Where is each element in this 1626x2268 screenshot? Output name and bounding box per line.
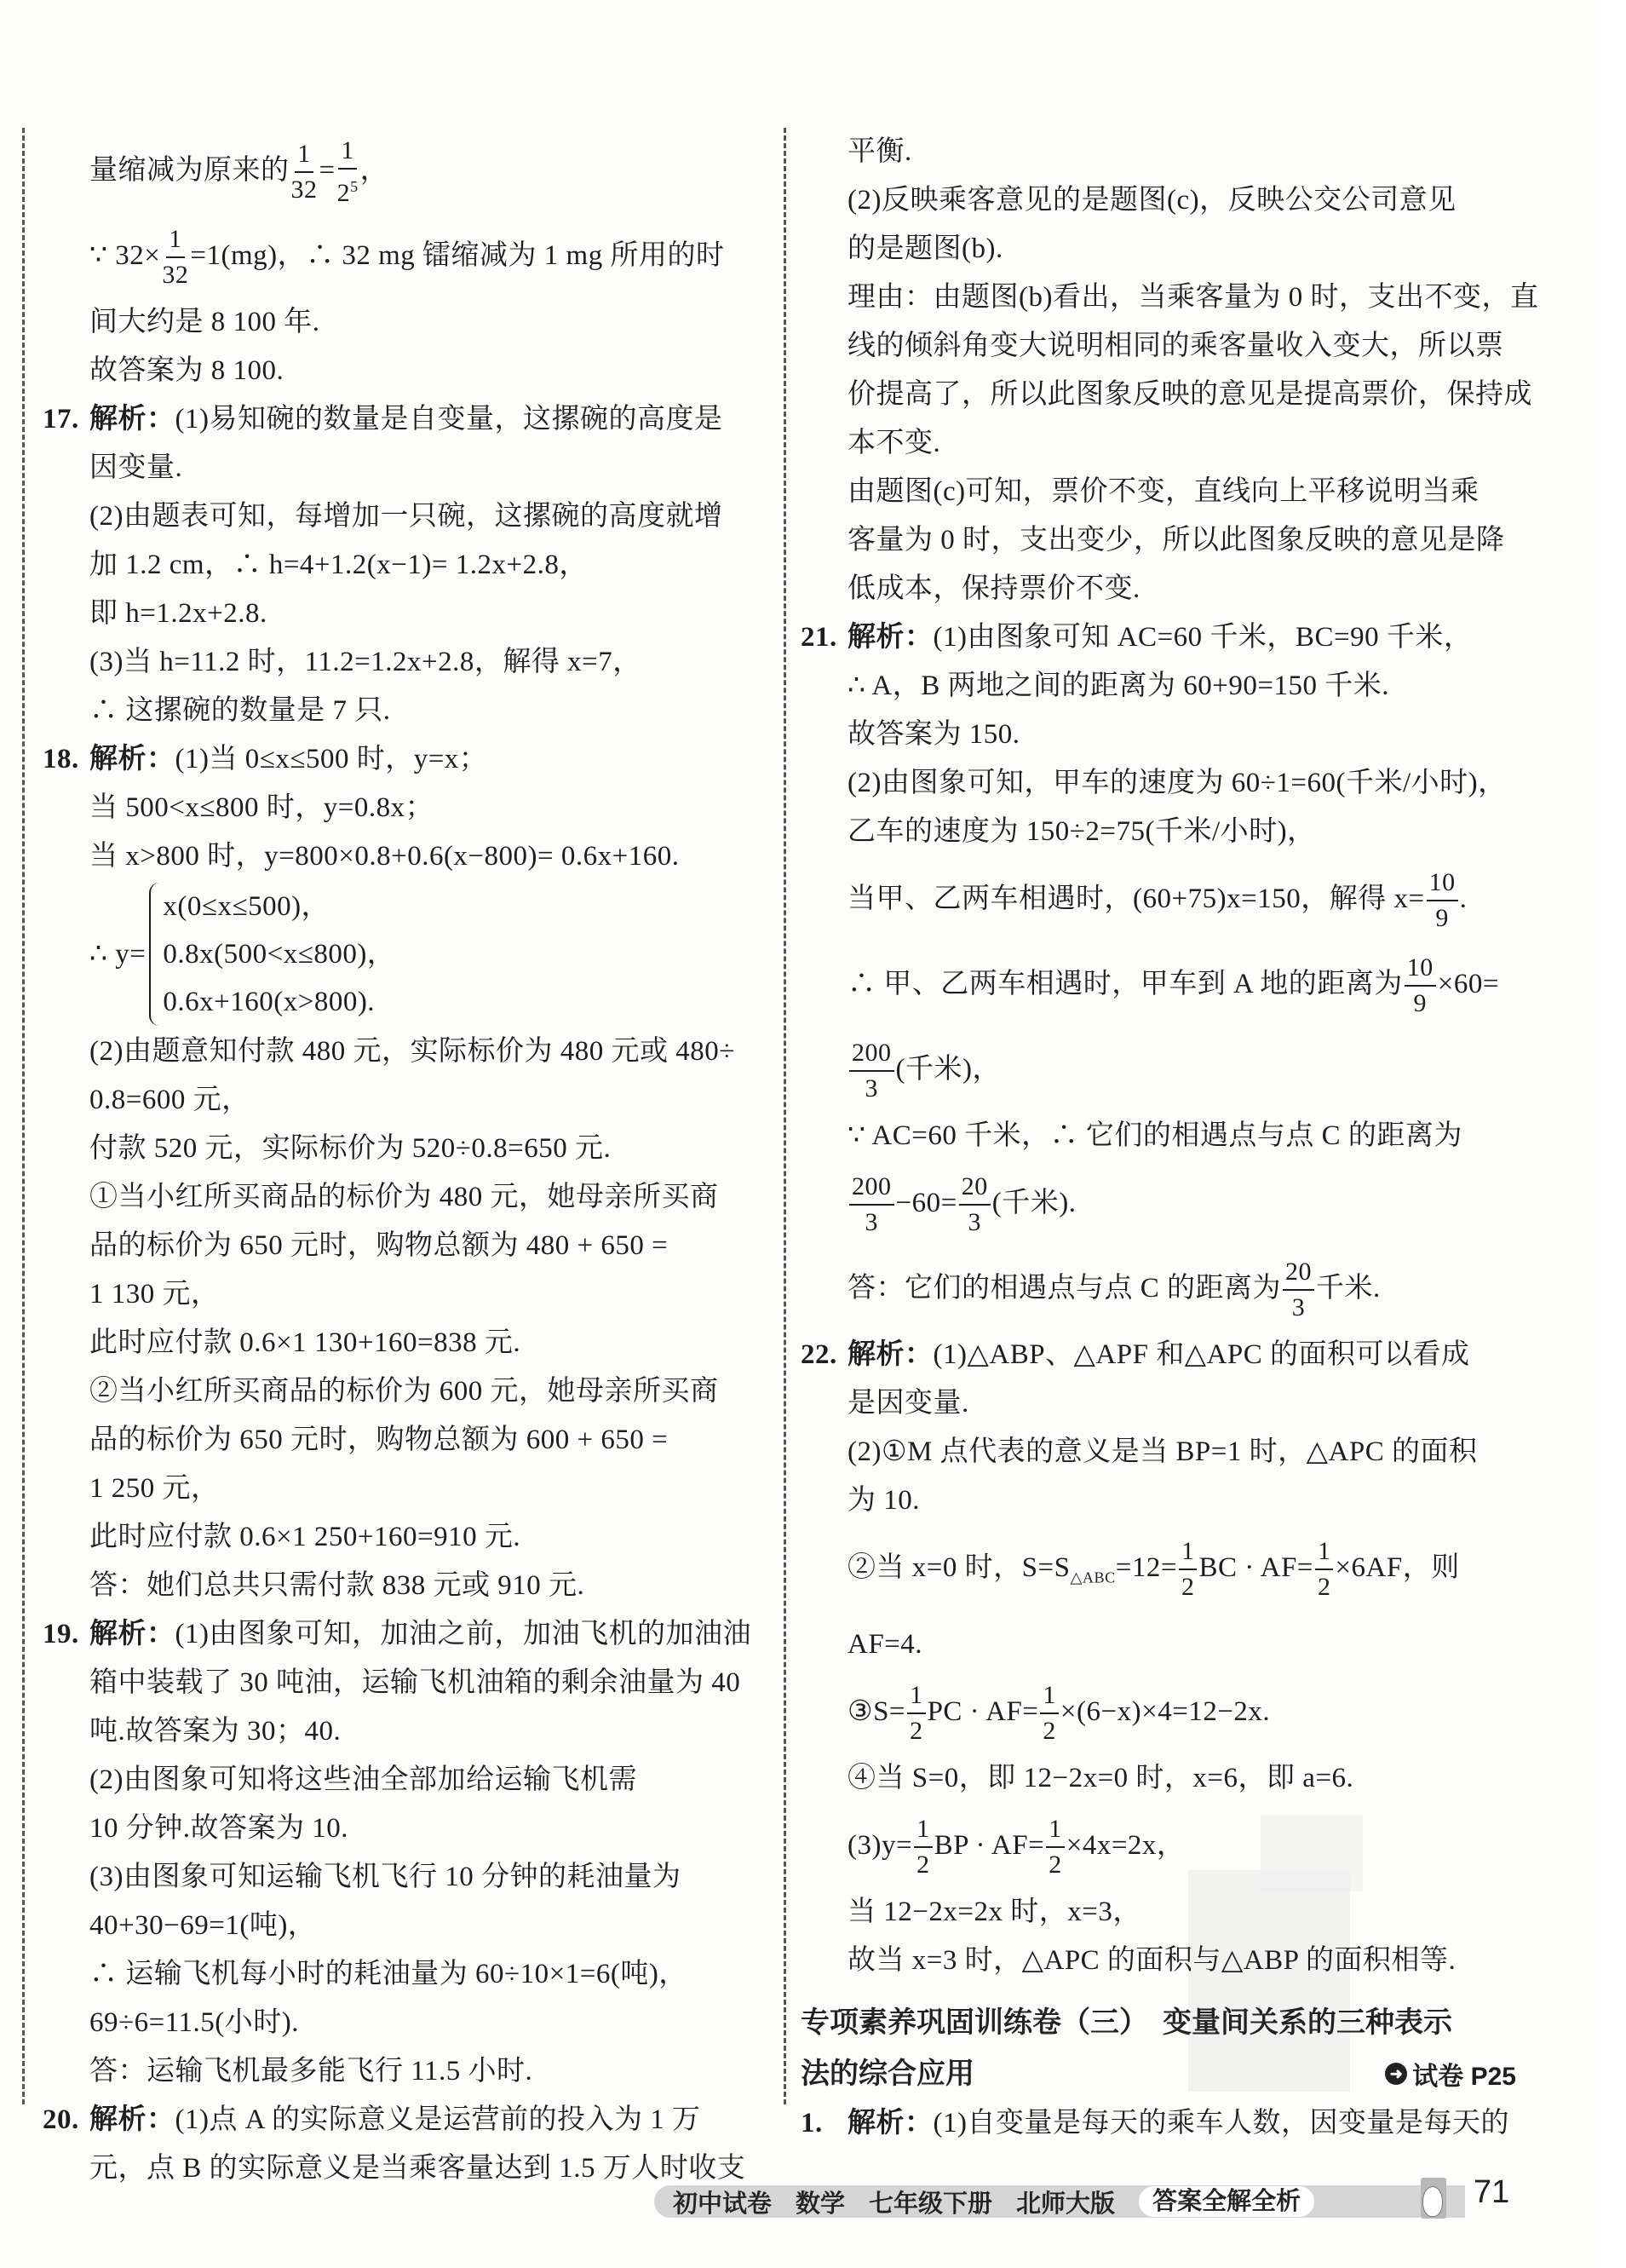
text-line: 加 1.2 cm，∴ h=4+1.2(x−1)= 1.2x+2.8， <box>43 541 758 590</box>
piecewise-brace: x(0≤x≤500)， 0.8x(500<x≤800)， 0.6x+160(x>… <box>146 883 395 1026</box>
text: ×(6−x)×4=12−2x. <box>1060 1696 1270 1727</box>
fraction: 2003 <box>849 1170 894 1240</box>
text: ×60= <box>1438 969 1499 999</box>
text: ∴ 甲、乙两车相遇时，甲车到 A 地的距离为 <box>847 969 1403 999</box>
question-number: 19. <box>43 1610 89 1659</box>
text-line: 品的标价为 650 元时，购物总额为 480 + 650 = <box>43 1222 758 1270</box>
right-column: 平衡. (2)反映乘客意见的是题图(c)，反映公交公司意见 的是题图(b). 理… <box>801 128 1516 2148</box>
text-line: 当 500<x≤800 时，y=0.8x； <box>43 784 758 832</box>
text-line: 故当 x=3 时，△APC 的面积与△ABP 的面积相等. <box>801 1937 1516 1985</box>
question-17: 17.解析：(1)易知碗的数量是自变量，这摞碗的高度是 因变量. (2)由题表可… <box>43 395 758 735</box>
fraction: 203 <box>1283 1255 1314 1325</box>
text-line: 箱中装载了 30 吨油，运输飞机油箱的剩余油量为 40 <box>43 1659 758 1707</box>
brace-icon <box>149 883 163 1026</box>
question-22: 22.解析：(1)△ABP、△APF 和△APC 的面积可以看成 是因变量. (… <box>801 1331 1516 1985</box>
text: . <box>1460 884 1468 914</box>
text-line: (3)y=12BP · AF=12×4x=2x， <box>801 1803 1516 1888</box>
analysis-label: 解析： <box>847 622 934 653</box>
question-21: 21.解析：(1)由图象可知 AC=60 千米，BC=90 千米， ∴ A，B … <box>801 613 1516 1331</box>
fraction: 132 <box>291 137 318 207</box>
text-line: (2)反映乘客意见的是题图(c)，反映公交公司意见 <box>801 176 1516 225</box>
denominator: 9 <box>1414 987 1428 1021</box>
text-line: 答：它们的相遇点与点 C 的距离为203千米. <box>801 1246 1516 1331</box>
text-line: 10 分钟.故答案为 10. <box>43 1805 758 1853</box>
text-line: ③S=12PC · AF=12×(6−x)×4=12−2x. <box>801 1669 1516 1754</box>
text: ∵ 32× <box>89 240 160 271</box>
arrow-right-circle-icon: ➜ <box>1385 2063 1407 2085</box>
denominator: 2 <box>1043 1714 1056 1748</box>
numerator: 20 <box>959 1170 991 1206</box>
text-line: 1 250 元， <box>43 1465 758 1513</box>
text-line: 因变量. <box>43 444 758 492</box>
text-line: 元，点 B 的实际意义是当乘客量达到 1.5 万人时收支 <box>43 2144 758 2193</box>
text-line: 2003−60=203(千米). <box>801 1160 1516 1246</box>
text: 答：它们的相遇点与点 C 的距离为 <box>847 1273 1281 1304</box>
text-line: 当 12−2x=2x 时，x=3， <box>801 1888 1516 1937</box>
denominator: 3 <box>1292 1291 1306 1325</box>
analysis-label: 解析： <box>847 1339 934 1370</box>
text: BC · AF= <box>1198 1552 1313 1583</box>
numerator: 1 <box>907 1678 926 1714</box>
question-number: 21. <box>801 613 847 662</box>
text: (1)由图象可知 AC=60 千米，BC=90 千米， <box>934 622 1473 653</box>
numerator: 1 <box>166 222 185 258</box>
text: ②当 x=0 时，S=S <box>847 1552 1070 1583</box>
question-number: 18. <box>43 735 89 784</box>
numerator: 1 <box>1040 1678 1059 1714</box>
denominator: 25 <box>337 170 359 210</box>
page-number: 71 <box>1474 2174 1509 2211</box>
mascot-icon <box>1421 2178 1446 2219</box>
reference-text: 试卷 P25 <box>1412 2055 1516 2092</box>
text-line: AF=4. <box>801 1620 1516 1669</box>
text: ∴ y= <box>89 930 146 979</box>
binding-cut-line <box>22 128 25 2104</box>
text: (1)点 A 的实际意义是运营前的投入为 1 万 <box>175 2104 701 2135</box>
denominator: 32 <box>162 258 188 292</box>
text: ×6AF，则 <box>1335 1552 1459 1583</box>
section-heading: 专项素养巩固训练卷（三） 变量间关系的三种表示 法的综合应用 ➜ 试卷 P25 <box>801 1997 1516 2099</box>
text-line: ∴ 甲、乙两车相遇时，甲车到 A 地的距离为109×60= <box>801 941 1516 1027</box>
denominator: 32 <box>291 173 318 207</box>
text-line: 乙车的速度为 150÷2=75(千米/小时)， <box>801 808 1516 856</box>
text: PC · AF= <box>928 1696 1039 1727</box>
numerator: 20 <box>1283 1255 1314 1291</box>
question-19: 19.解析：(1)由图象可知，加油之前，加油飞机的加油油 箱中装载了 30 吨油… <box>43 1610 758 2096</box>
text: 当甲、乙两车相遇时，(60+75)x=150，解得 x= <box>847 884 1425 914</box>
numerator: 1 <box>1046 1812 1065 1848</box>
section-question-1: 1.解析：(1)自变量是每天的乘车人数，因变量是每天的 <box>801 2099 1516 2148</box>
left-column: 量缩减为原来的132=125， ∵ 32×132=1(mg)，∴ 32 mg 镭… <box>43 128 758 2193</box>
fraction: 12 <box>914 1812 933 1882</box>
denominator: 2 <box>1049 1848 1062 1882</box>
text: ③S= <box>847 1696 905 1727</box>
fraction: 203 <box>959 1170 991 1240</box>
text-line: 低成本，保持票价不变. <box>801 565 1516 613</box>
numerator: 1 <box>295 137 313 173</box>
text-line: ∴ 这摞碗的数量是 7 只. <box>43 687 758 735</box>
analysis-label: 解析： <box>89 404 175 435</box>
text: −60= <box>896 1188 957 1218</box>
numerator: 10 <box>1405 951 1436 987</box>
fraction: 2003 <box>849 1036 894 1106</box>
text: ×4x=2x， <box>1066 1830 1186 1861</box>
denominator: 9 <box>1435 901 1449 935</box>
case: 0.6x+160(x>800). <box>163 978 395 1026</box>
text: BP · AF= <box>934 1830 1045 1861</box>
fraction: 12 <box>1040 1678 1059 1748</box>
text-line: 2003(千米)， <box>801 1027 1516 1112</box>
denominator: 2 <box>1181 1570 1195 1604</box>
column-divider <box>784 128 786 2104</box>
text-line: ∴ A，B 两地之间的距离为 60+90=150 千米. <box>801 662 1516 711</box>
text-line: 0.8=600 元， <box>43 1076 758 1125</box>
question-18: 18.解析：(1)当 0≤x≤500 时，y=x； 当 500<x≤800 时，… <box>43 735 758 1610</box>
text: (千米). <box>992 1188 1077 1218</box>
footer-badge: 答案全解全析 <box>1139 2186 1314 2217</box>
text-line: 69÷6=11.5(小时). <box>43 1999 758 2047</box>
question-number: 1. <box>801 2099 847 2148</box>
question-20: 20.解析：(1)点 A 的实际意义是运营前的投入为 1 万 元，点 B 的实际… <box>43 2096 758 2193</box>
text-line: (2)由题意知付款 480 元，实际标价为 480 元或 480÷ <box>43 1028 758 1076</box>
analysis-label: 解析： <box>89 2104 175 2135</box>
text-line: (2)由图象可知将这些油全部加给运输飞机需 <box>43 1756 758 1805</box>
text: = <box>319 155 336 186</box>
fraction: 125 <box>337 134 359 210</box>
numerator: 1 <box>338 134 357 170</box>
text-line: 本不变. <box>801 419 1516 468</box>
text-line: ∵ AC=60 千米，∴ 它们的相遇点与点 C 的距离为 <box>801 1112 1516 1160</box>
text-line: 答：运输飞机最多能飞行 11.5 小时. <box>43 2047 758 2096</box>
question-number: 17. <box>43 395 89 444</box>
text: =1(mg)，∴ 32 mg 镭缩减为 1 mg 所用的时 <box>190 240 724 271</box>
text-line: 答：她们总共只需付款 838 元或 910 元. <box>43 1562 758 1610</box>
text: 量缩减为原来的 <box>89 155 290 186</box>
text-line: 品的标价为 650 元时，购物总额为 600 + 650 = <box>43 1416 758 1465</box>
numerator: 200 <box>849 1170 894 1206</box>
base: 2 <box>337 179 351 207</box>
analysis-label: 解析： <box>847 2108 934 2138</box>
numerator: 1 <box>1179 1534 1198 1570</box>
text-line: 由题图(c)可知，票价不变，直线向上平移说明当乘 <box>801 468 1516 516</box>
text: ， <box>360 155 389 186</box>
text-line: ①当小红所买商品的标价为 480 元，她母亲所买商 <box>43 1173 758 1222</box>
section-title-row: 法的综合应用 ➜ 试卷 P25 <box>801 2048 1516 2099</box>
exponent: 5 <box>350 178 359 195</box>
paper-reference: ➜ 试卷 P25 <box>1385 2055 1516 2092</box>
text-line: ②当 x=0 时，S=S△ABC=12=12BC · AF=12×6AF，则 <box>801 1525 1516 1620</box>
text-line: 此时应付款 0.6×1 250+160=910 元. <box>43 1513 758 1562</box>
text-line: 量缩减为原来的132=125， <box>43 128 758 213</box>
piecewise-function: ∴ y= x(0≤x≤500)， 0.8x(500<x≤800)， 0.6x+1… <box>43 881 758 1028</box>
text-line: (2)由题表可知，每增加一只碗，这摞碗的高度就增 <box>43 492 758 541</box>
text-line: 的是题图(b). <box>801 225 1516 273</box>
text-line: 客量为 0 时，支出变少，所以此图象反映的意见是降 <box>801 516 1516 565</box>
footer-series: 初中试卷 <box>673 2185 772 2219</box>
text: 千米. <box>1316 1273 1381 1304</box>
footer-bar: 初中试卷 数学 七年级下册 北师大版 答案全解全析 <box>654 2185 1465 2218</box>
text-line: (3)由图象可知运输飞机飞行 10 分钟的耗油量为 <box>43 1853 758 1902</box>
text-line: 故答案为 150. <box>801 711 1516 759</box>
text-line: (2)①M 点代表的意义是当 BP=1 时，△APC 的面积 <box>801 1428 1516 1477</box>
text: =12= <box>1116 1552 1177 1583</box>
text: (1)由图象可知，加油之前，加油飞机的加油油 <box>175 1619 751 1649</box>
denominator: 3 <box>865 1206 879 1240</box>
fraction: 12 <box>1046 1812 1065 1882</box>
text-line: 线的倾斜角变大说明相同的乘客量收入变大，所以票 <box>801 322 1516 371</box>
question-number: 20. <box>43 2096 89 2144</box>
denominator: 2 <box>916 1848 930 1882</box>
footer-grade: 七年级下册 <box>869 2185 992 2219</box>
text-line: ②当小红所买商品的标价为 600 元，她母亲所买商 <box>43 1367 758 1416</box>
numerator: 1 <box>1315 1534 1334 1570</box>
fraction: 12 <box>1179 1534 1198 1604</box>
text-line: 平衡. <box>801 128 1516 176</box>
text-line: 故答案为 8 100. <box>43 347 758 395</box>
fraction: 132 <box>162 222 188 292</box>
text-line: 是因变量. <box>801 1379 1516 1428</box>
text-line: 当 x>800 时，y=800×0.8+0.6(x−800)= 0.6x+160… <box>43 832 758 881</box>
text-line: 此时应付款 0.6×1 130+160=838 元. <box>43 1319 758 1367</box>
section-title-line-2: 法的综合应用 <box>801 2048 974 2099</box>
text: (1)自变量是每天的乘车人数，因变量是每天的 <box>934 2108 1509 2138</box>
text-line: 理由：由题图(b)看出，当乘客量为 0 时，支出不变，直 <box>801 273 1516 322</box>
fraction: 12 <box>1315 1534 1334 1604</box>
text-line: ④当 S=0，即 12−2x=0 时，x=6，即 a=6. <box>801 1754 1516 1803</box>
question-number: 22. <box>801 1331 847 1379</box>
numerator: 10 <box>1427 866 1458 901</box>
footer-edition: 北师大版 <box>1016 2185 1115 2219</box>
text-line: 即 h=1.2x+2.8. <box>43 590 758 638</box>
text-line: 吨.故答案为 30；40. <box>43 1707 758 1756</box>
section-title-line-1: 专项素养巩固训练卷（三） 变量间关系的三种表示 <box>801 1997 1516 2048</box>
text: (1)当 0≤x≤500 时，y=x； <box>175 744 488 774</box>
page-edge <box>1601 0 1626 2268</box>
text-line: ∵ 32×132=1(mg)，∴ 32 mg 镭缩减为 1 mg 所用的时 <box>43 213 758 298</box>
subscript: △ABC <box>1070 1569 1115 1586</box>
case: x(0≤x≤500)， <box>163 883 395 930</box>
text-line: 间大约是 8 100 年. <box>43 298 758 347</box>
denominator: 3 <box>865 1072 879 1106</box>
text: (3)y= <box>847 1830 912 1861</box>
text: (千米)， <box>896 1054 1001 1085</box>
text-line: 价提高了，所以此图象反映的意见是提高票价，保持成 <box>801 371 1516 419</box>
text-line: 1 130 元， <box>43 1270 758 1319</box>
cases: x(0≤x≤500)， 0.8x(500<x≤800)， 0.6x+160(x>… <box>163 883 395 1026</box>
text-line: 当甲、乙两车相遇时，(60+75)x=150，解得 x=109. <box>801 856 1516 941</box>
footer-subject: 数学 <box>796 2185 845 2219</box>
text: (1)易知碗的数量是自变量，这摞碗的高度是 <box>175 404 723 435</box>
case: 0.8x(500<x≤800)， <box>163 930 395 978</box>
fraction: 12 <box>907 1678 926 1748</box>
text: (1)△ABP、△APF 和△APC 的面积可以看成 <box>934 1339 1470 1370</box>
denominator: 3 <box>968 1206 981 1240</box>
text-line: (2)由图象可知，甲车的速度为 60÷1=60(千米/小时)， <box>801 759 1516 808</box>
text-line: 为 10. <box>801 1477 1516 1525</box>
denominator: 2 <box>910 1714 923 1748</box>
fraction: 109 <box>1405 951 1436 1021</box>
denominator: 2 <box>1318 1570 1331 1604</box>
text-line: 付款 520 元，实际标价为 520÷0.8=650 元. <box>43 1125 758 1173</box>
analysis-label: 解析： <box>89 1619 175 1649</box>
fraction: 109 <box>1427 866 1458 935</box>
text-line: 40+30−69=1(吨)， <box>43 1902 758 1950</box>
numerator: 1 <box>914 1812 933 1848</box>
text-line: (3)当 h=11.2 时，11.2=1.2x+2.8，解得 x=7， <box>43 638 758 687</box>
numerator: 200 <box>849 1036 894 1072</box>
text-line: ∴ 运输飞机每小时的耗油量为 60÷10×1=6(吨)， <box>43 1950 758 1999</box>
analysis-label: 解析： <box>89 744 175 774</box>
